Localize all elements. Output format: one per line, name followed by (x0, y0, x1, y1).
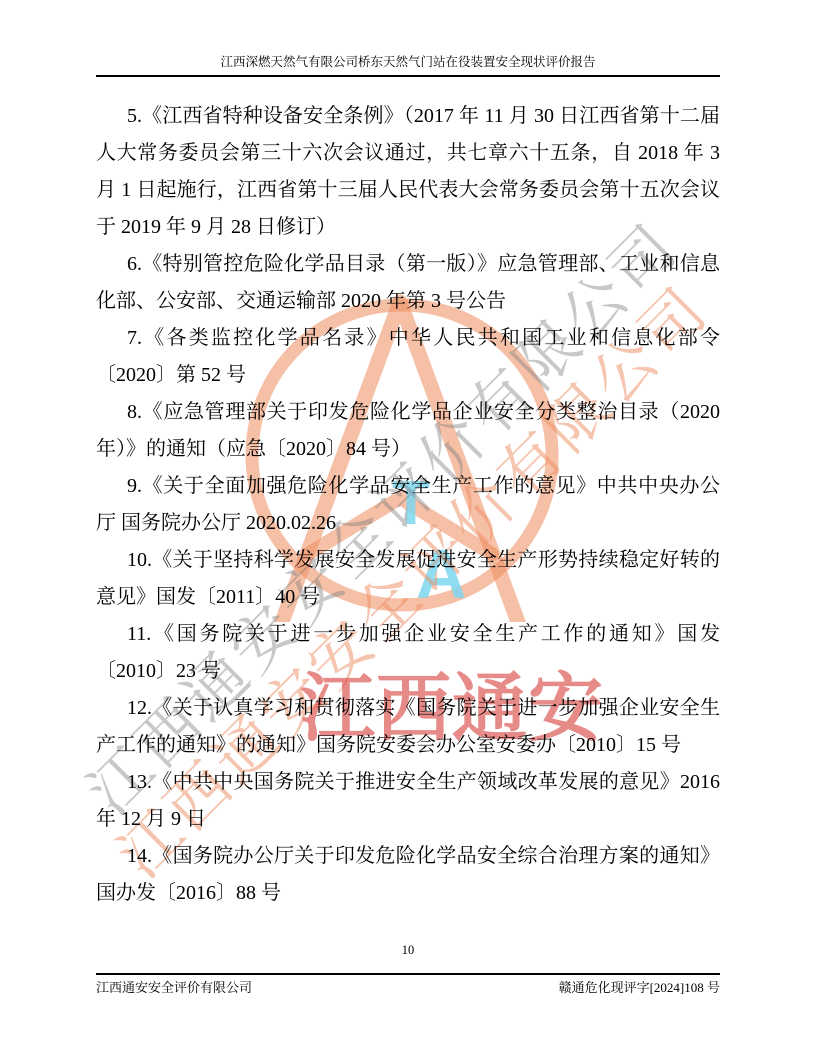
page-header: 江西深燃天然气有限公司桥东天然气门站在役装置安全现状评价报告 (96, 0, 720, 77)
page-number: 10 (0, 943, 816, 958)
list-item: 11.《国务院关于进一步加强企业安全生产工作的通知》国发〔2010〕23 号 (96, 616, 720, 690)
footer-company-name: 江西通安安全评价有限公司 (96, 979, 252, 996)
list-item: 14.《国务院办公厅关于印发危险化学品安全综合治理方案的通知》国办发〔2016〕… (96, 838, 720, 912)
page-content: 江西深燃天然气有限公司桥东天然气门站在役装置安全现状评价报告 5.《江西省特种设… (0, 0, 816, 1056)
list-item: 8.《应急管理部关于印发危险化学品企业安全分类整治目录（2020 年）》的通知（… (96, 394, 720, 468)
list-item: 5.《江西省特种设备安全条例》（2017 年 11 月 30 日江西省第十二届人… (96, 98, 720, 246)
list-item: 7.《各类监控化学品名录》中华人民共和国工业和信息化部令〔2020〕第 52 号 (96, 320, 720, 394)
document-page: T A 江西通安安全评价有限公司 江西通安安全评价有限公司 江西通安 江西深燃天… (0, 0, 816, 1056)
list-item: 12.《关于认真学习和贯彻落实《国务院关于进一步加强企业安全生产工作的通知》的通… (96, 690, 720, 764)
reference-list: 5.《江西省特种设备安全条例》（2017 年 11 月 30 日江西省第十二届人… (96, 77, 720, 912)
list-item: 13.《中共中央国务院关于推进安全生产领域改革发展的意见》2016 年 12 月… (96, 764, 720, 838)
list-item: 10.《关于坚持科学发展安全发展促进安全生产形势持续稳定好转的意见》国发〔201… (96, 542, 720, 616)
list-item: 9.《关于全面加强危险化学品安全生产工作的意见》中共中央办公厅 国务院办公厅 2… (96, 468, 720, 542)
report-title: 江西深燃天然气有限公司桥东天然气门站在役装置安全现状评价报告 (96, 54, 720, 70)
page-footer: 江西通安安全评价有限公司 赣通危化现评字[2024]108 号 (96, 973, 720, 996)
footer-doc-number: 赣通危化现评字[2024]108 号 (559, 979, 720, 996)
list-item: 6.《特别管控危险化学品目录（第一版）》应急管理部、工业和信息化部、公安部、交通… (96, 246, 720, 320)
